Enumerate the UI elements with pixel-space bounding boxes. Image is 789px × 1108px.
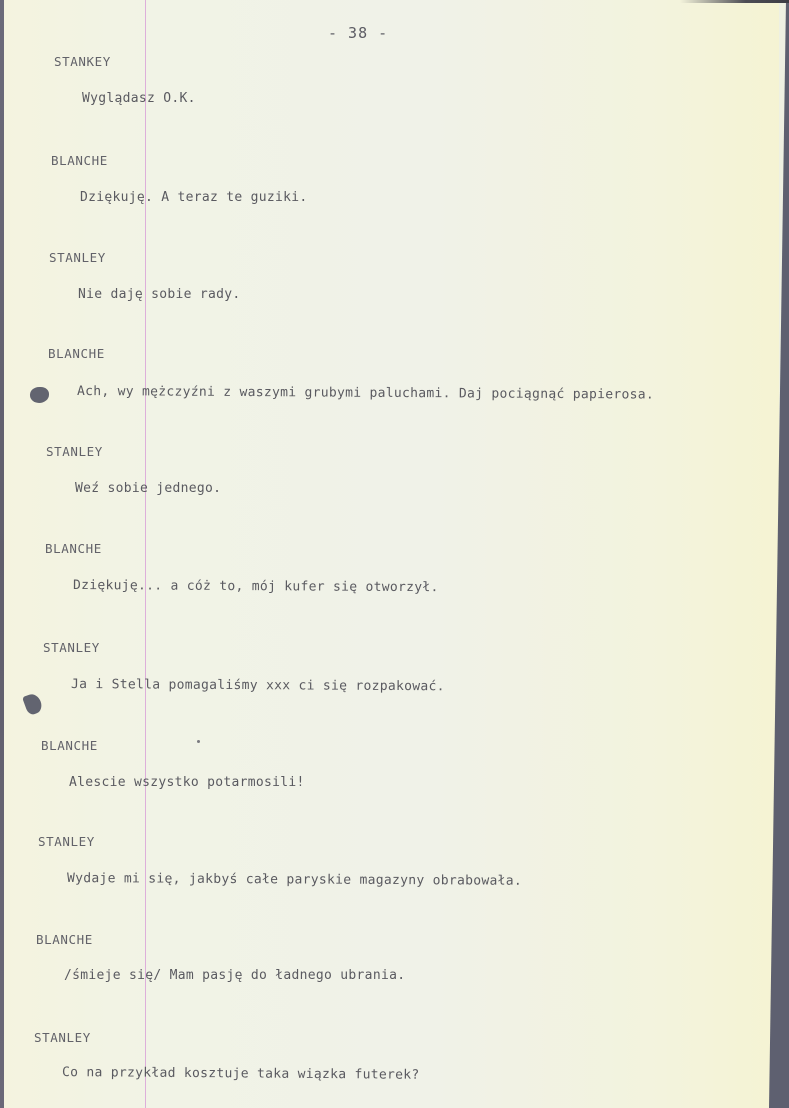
speaker-name: BLANCHE bbox=[51, 155, 108, 168]
speaker-name: BLANCHE bbox=[48, 348, 105, 361]
scan-left-edge bbox=[0, 0, 4, 1108]
speaker-name: STANLEY bbox=[38, 836, 95, 849]
speaker-name: BLANCHE bbox=[41, 740, 98, 753]
dialogue-line: Alescie wszystko potarmosili! bbox=[69, 776, 305, 789]
ink-speck bbox=[197, 740, 200, 743]
dialogue-line: /śmieje się/ Mam pasję do ładnego ubrani… bbox=[64, 969, 405, 982]
dialogue-line: Ja i Stella pomagaliśmy xxx ci się rozpa… bbox=[71, 678, 445, 693]
dialogue-line: Wydaje mi się, jakbyś całe paryskie maga… bbox=[67, 872, 522, 888]
dialogue-line: Ach, wy mężczyźni z waszymi grubymi palu… bbox=[77, 385, 654, 402]
margin-line bbox=[145, 0, 146, 1108]
speaker-name: STANLEY bbox=[34, 1032, 91, 1045]
dialogue-line: Dziękuję... a cóż to, mój kufer się otwo… bbox=[73, 579, 439, 594]
dialogue-line: Co na przykład kosztuje taka wiązka fute… bbox=[62, 1066, 420, 1082]
dialogue-line: Weź sobie jednego. bbox=[75, 482, 221, 495]
dialogue-line: Dziękuję. A teraz te guziki. bbox=[80, 191, 308, 204]
speaker-name: STANLEY bbox=[46, 446, 103, 459]
speaker-name: STANLEY bbox=[49, 252, 106, 265]
dialogue-line: Nie daję sobie rady. bbox=[78, 288, 241, 301]
speaker-name: STANLEY bbox=[43, 642, 100, 655]
scan-top-edge bbox=[680, 0, 789, 3]
page-number: - 38 - bbox=[328, 26, 388, 41]
typewritten-page bbox=[4, 0, 779, 1108]
dialogue-line: Wyglądasz O.K. bbox=[82, 92, 196, 105]
speaker-name: BLANCHE bbox=[45, 543, 102, 556]
speaker-name: STANKEY bbox=[54, 56, 111, 69]
speaker-name: BLANCHE bbox=[36, 934, 93, 947]
